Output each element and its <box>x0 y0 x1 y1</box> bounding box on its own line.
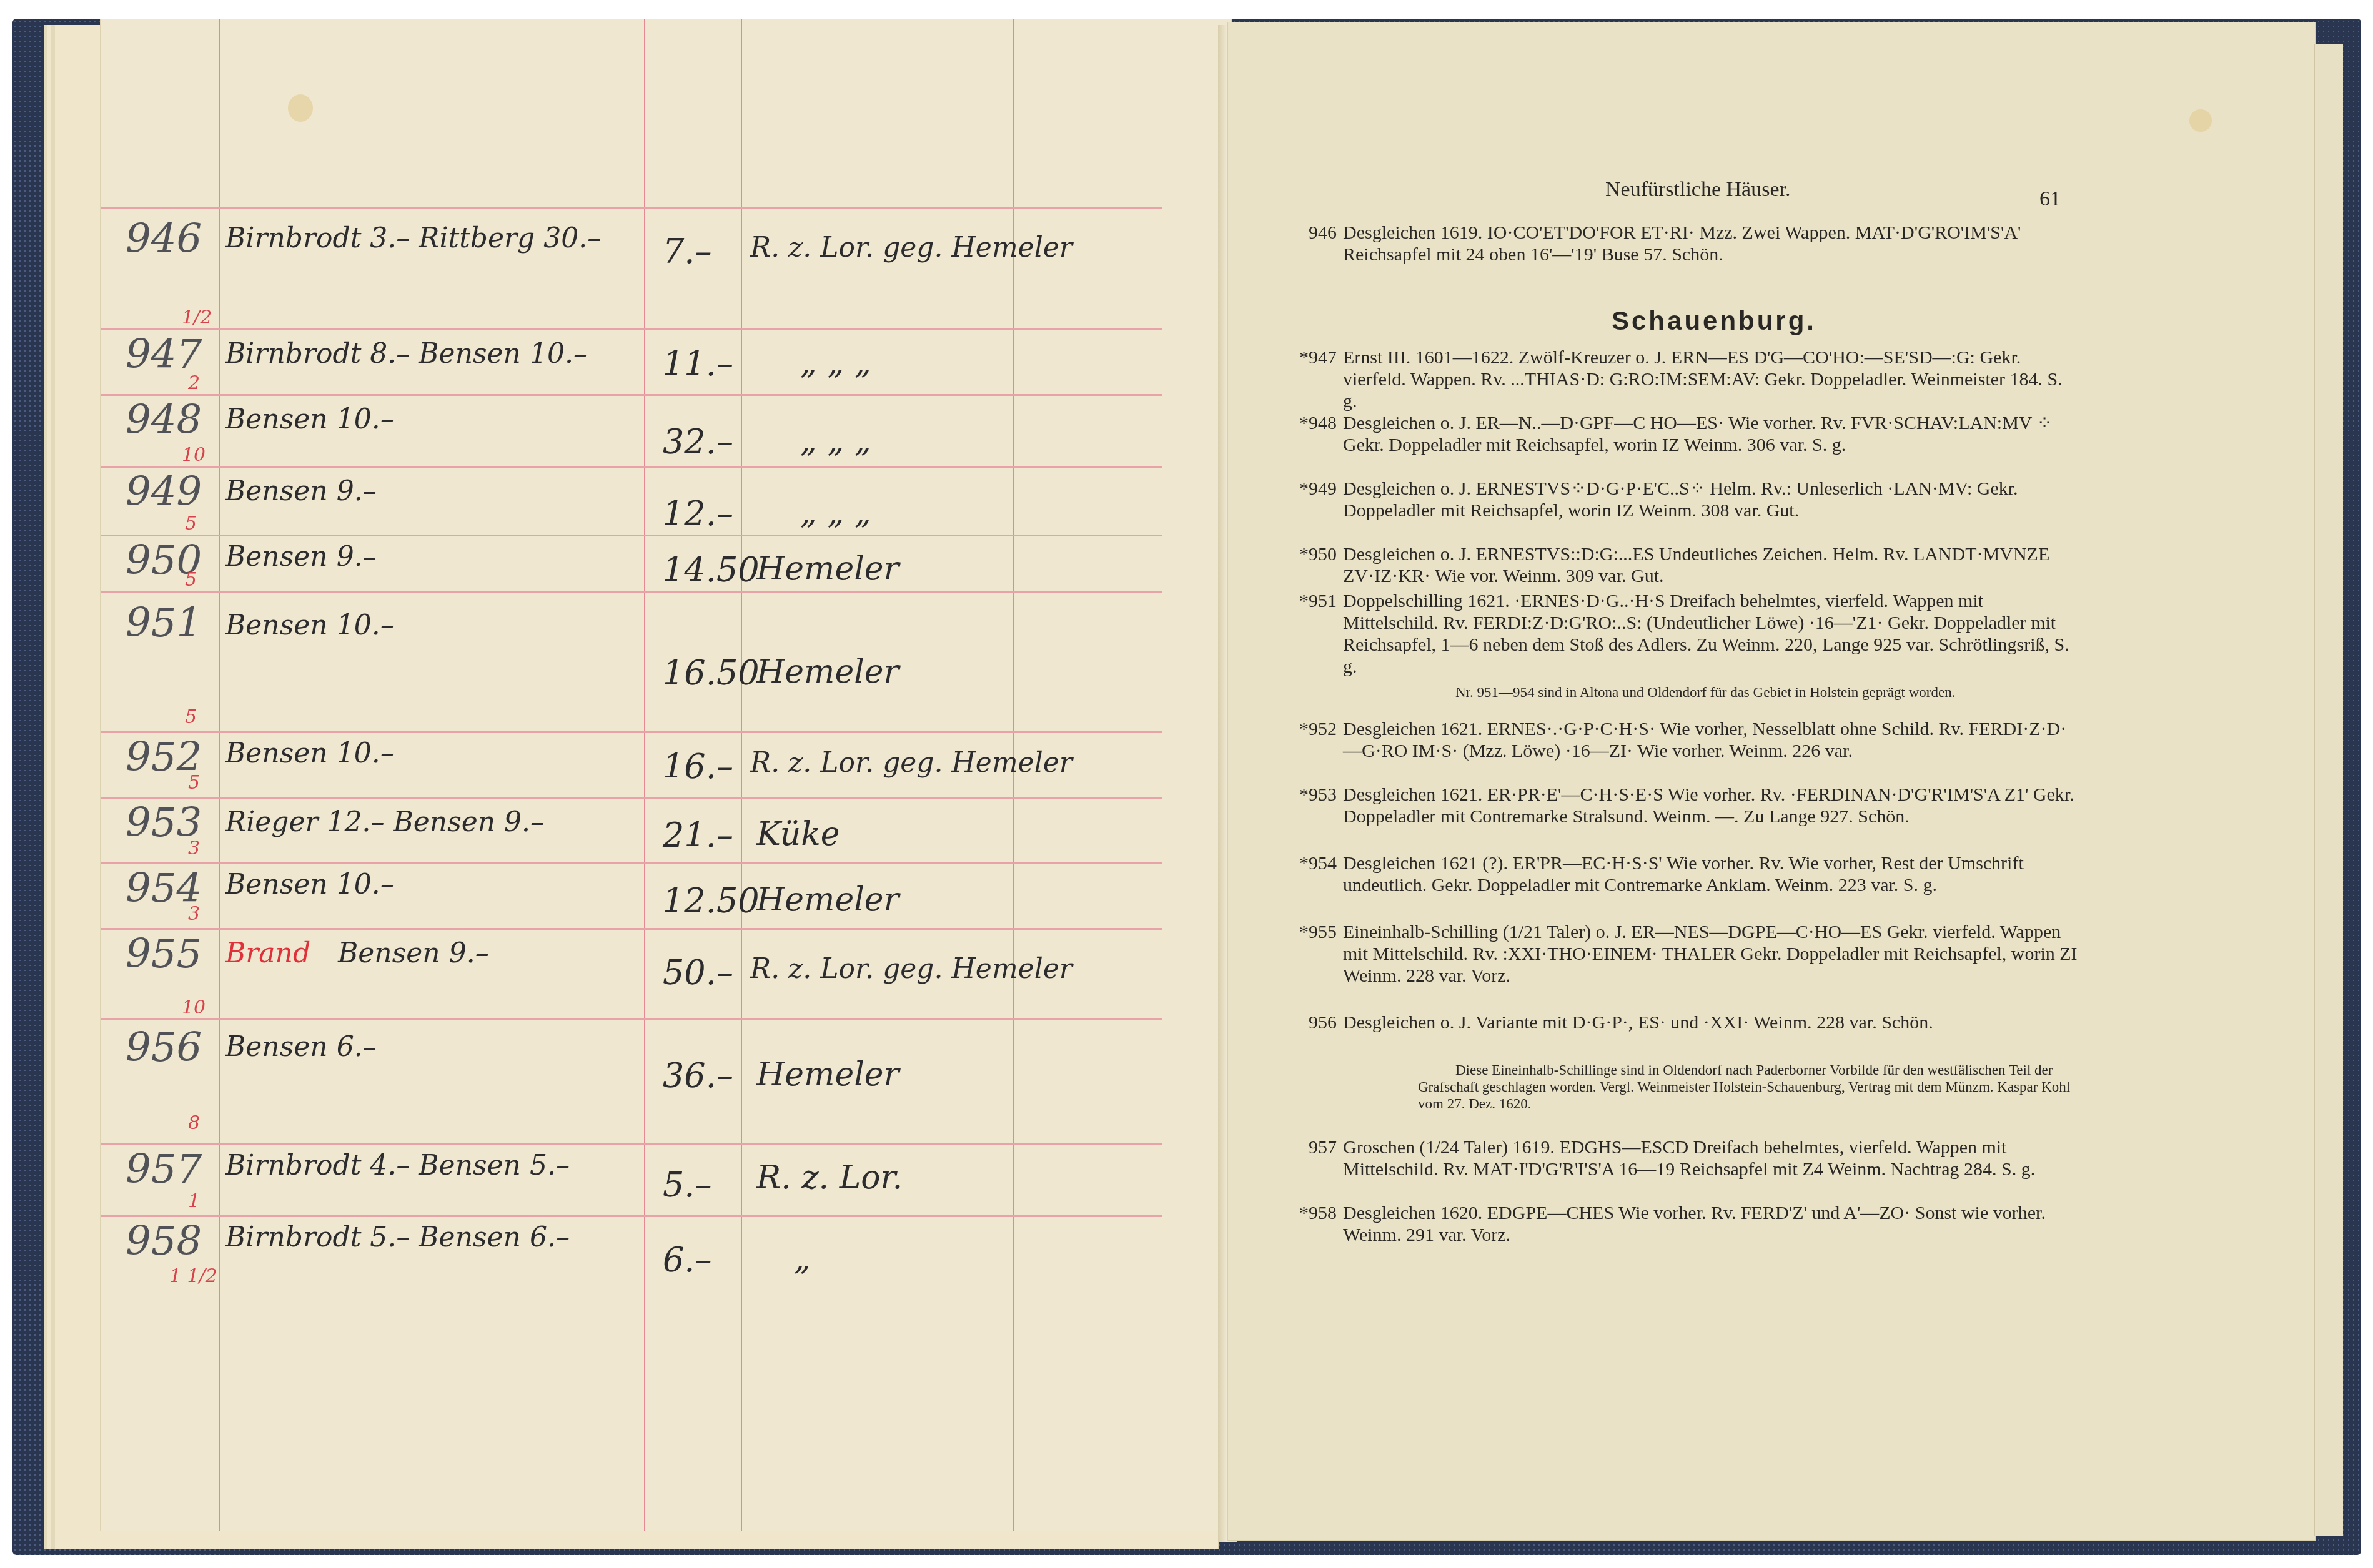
buyer-note: R. z. Lor. geg. Hemeler <box>750 953 1073 985</box>
entry-number: *950 <box>1293 543 1337 565</box>
bidder-names: Bensen 10.– <box>225 403 394 435</box>
price: 7.– <box>663 232 712 271</box>
price: 14.50 <box>663 550 760 589</box>
entry-number: *958 <box>1293 1202 1337 1224</box>
bidder-names: Birnbrodt 3.– Rittberg 30.– <box>225 222 601 254</box>
price: 11.– <box>663 344 733 383</box>
entry-text: Desgleichen o. J. ER—N..—D·GPF—C HO—ES· … <box>1343 412 2080 456</box>
entry-number: *951 <box>1293 590 1337 612</box>
lot-number: 955 <box>126 931 202 977</box>
bidder-names: Bensen 10.– <box>225 737 394 769</box>
red-mark: 1 1/2 <box>169 1265 217 1287</box>
running-head: Neufürstliche Häuser. <box>1605 178 1790 202</box>
footnote: Nr. 951—954 sind in Altona und Oldendorf… <box>1418 684 2080 701</box>
red-mark: 10 <box>182 444 206 466</box>
entry-text: Desgleichen 1620. EDGPE—CHES Wie vorher.… <box>1343 1202 2080 1246</box>
catalogue-entry: *958 Desgleichen 1620. EDGPE—CHES Wie vo… <box>1343 1202 2080 1246</box>
red-mark: 5 <box>185 706 197 728</box>
catalogue-entry: *954 Desgleichen 1621 (?). ER'PR—EC·H·S·… <box>1343 852 2080 896</box>
catalogue-entry: *947 Ernst III. 1601—1622. Zwölf-Kreuzer… <box>1343 347 2080 412</box>
entry-number: *954 <box>1293 852 1337 874</box>
bidder-names: Bensen 9.– <box>225 541 377 573</box>
bidder-names: Bensen 9.– <box>225 475 377 507</box>
catalogue-entry: *953 Desgleichen 1621. ER·PR·E'—C·H·S·E·… <box>1343 784 2080 827</box>
ruling-row <box>101 1018 1162 1020</box>
price: 12.50 <box>663 881 760 920</box>
ruling-row <box>101 1143 1162 1145</box>
price: 16.– <box>663 747 733 786</box>
entry-text: Desgleichen 1621. ERNES·.·G·P·C·H·S· Wie… <box>1343 718 2080 762</box>
entry-text: Desgleichen o. J. ERNESTVS⁘D·G·P·E'C..S⁘… <box>1343 478 2080 521</box>
ruling-row <box>101 797 1162 799</box>
entry-text: Desgleichen o. J. ERNESTVS::D:G:...ES Un… <box>1343 543 2080 587</box>
ruling-row <box>101 466 1162 468</box>
catalogue-entry: *955 Eineinhalb-Schilling (1/21 Taler) o… <box>1343 921 2080 987</box>
price: 6.– <box>663 1240 712 1280</box>
entry-text: Desgleichen 1621. ER·PR·E'—C·H·S·E·S Wie… <box>1343 784 2080 827</box>
buyer-note: R. z. Lor. geg. Hemeler <box>750 232 1073 264</box>
bidder-names: Birnbrodt 5.– Bensen 6.– <box>225 1221 570 1253</box>
ruling-row <box>101 1215 1162 1217</box>
ruling-vertical-1 <box>219 19 220 1531</box>
lot-number: 948 <box>126 397 202 443</box>
entry-text: Desgleichen o. J. Variante mit D·G·P·, E… <box>1343 1012 2080 1033</box>
ruling-vertical-3 <box>741 19 742 1531</box>
entry-text: Eineinhalb-Schilling (1/21 Taler) o. J. … <box>1343 921 2080 987</box>
red-mark: 1 <box>188 1190 200 1212</box>
price: 36.– <box>663 1056 733 1095</box>
lot-number: 958 <box>126 1218 202 1265</box>
entry-number: *955 <box>1293 921 1337 943</box>
entry-text: Groschen (1/24 Taler) 1619. EDGHS—ESCD D… <box>1343 1137 2080 1180</box>
red-mark: 2 <box>188 372 200 394</box>
lot-number: 957 <box>126 1146 202 1193</box>
price: 5.– <box>663 1165 712 1205</box>
bidder-names: Bensen 10.– <box>225 609 394 641</box>
buyer-note: Hemeler <box>756 881 899 919</box>
section-title: Schauenburg. <box>1612 306 1816 336</box>
red-mark: 5 <box>185 569 197 591</box>
red-mark: 3 <box>188 903 200 925</box>
lot-number: 951 <box>126 600 202 646</box>
red-mark: 8 <box>188 1112 200 1134</box>
lot-number: 946 <box>126 216 202 262</box>
paper-stain <box>288 94 313 122</box>
page-number: 61 <box>2039 187 2061 211</box>
ruling-row <box>101 207 1162 209</box>
price: 12.– <box>663 494 733 533</box>
price: 32.– <box>663 422 733 461</box>
right-page-edge <box>2314 44 2343 1536</box>
footnote: Diese Eineinhalb-Schillinge sind in Olde… <box>1418 1062 2080 1112</box>
paper-stain <box>2189 109 2212 132</box>
entry-number: *952 <box>1293 718 1337 740</box>
bidder-names: Birnbrodt 4.– Bensen 5.– <box>225 1150 570 1181</box>
bidder-names: Bensen 9.– <box>338 937 489 969</box>
ruling-row <box>101 928 1162 930</box>
catalogue-entry: 957 Groschen (1/24 Taler) 1619. EDGHS—ES… <box>1343 1137 2080 1180</box>
bidder-names: Bensen 6.– <box>225 1031 377 1063</box>
ruling-row <box>101 328 1162 330</box>
ledger-page: 946 Birnbrodt 3.– Rittberg 30.– 7.– R. z… <box>100 19 1232 1531</box>
ruling-row <box>101 535 1162 536</box>
entry-text: Ernst III. 1601—1622. Zwölf-Kreuzer o. J… <box>1343 347 2080 412</box>
catalogue-entry: 956 Desgleichen o. J. Variante mit D·G·P… <box>1343 1012 2080 1033</box>
ruling-row <box>101 394 1162 396</box>
red-mark: 1/2 <box>182 307 212 328</box>
bidder-names: Birnbrodt 8.– Bensen 10.– <box>225 338 587 370</box>
red-mark: 5 <box>188 772 200 794</box>
buyer-note: R. z. Lor. <box>756 1159 903 1196</box>
red-mark: 5 <box>185 513 197 535</box>
red-mark: 10 <box>182 997 206 1018</box>
lot-number: 956 <box>126 1025 202 1071</box>
entry-number: *948 <box>1293 412 1337 434</box>
ruling-row <box>101 731 1162 733</box>
entry-text: Desgleichen 1619. IO·CO'ET'DO'FOR ET·RI·… <box>1343 222 2080 265</box>
ruling-vertical-2 <box>644 19 645 1531</box>
buyer-note: R. z. Lor. geg. Hemeler <box>750 747 1073 779</box>
price: 16.50 <box>663 653 760 693</box>
catalogue-entry: *951 Doppelschilling 1621. ·ERNES·D·G..·… <box>1343 590 2080 678</box>
entry-number: *949 <box>1293 478 1337 500</box>
ruling-row <box>101 591 1162 593</box>
lot-number: 949 <box>126 469 202 515</box>
lot-number: 947 <box>126 332 202 378</box>
red-mark: 3 <box>188 837 200 859</box>
bidder-names: Rieger 12.– Bensen 9.– <box>225 806 544 838</box>
price: 50.– <box>663 953 733 992</box>
buyer-note: Hemeler <box>756 653 899 691</box>
bidder-names: Bensen 10.– <box>225 869 394 900</box>
buyer-note: Hemeler <box>756 550 899 588</box>
entry-number: 946 <box>1293 222 1337 244</box>
buyer-note: „ „ „ <box>800 344 871 382</box>
entry-number: *953 <box>1293 784 1337 806</box>
catalogue-entry: *950 Desgleichen o. J. ERNESTVS::D:G:...… <box>1343 543 2080 587</box>
buyer-note: „ <box>794 1240 811 1278</box>
bidder-name-red: Brand <box>225 937 310 969</box>
catalogue-entry: *949 Desgleichen o. J. ERNESTVS⁘D·G·P·E'… <box>1343 478 2080 521</box>
buyer-note: „ „ „ <box>800 494 871 531</box>
entry-number: 956 <box>1293 1012 1337 1033</box>
entry-text: Doppelschilling 1621. ·ERNES·D·G..·H·S D… <box>1343 590 2080 678</box>
buyer-note: „ „ „ <box>800 422 871 460</box>
entry-text: Desgleichen 1621 (?). ER'PR—EC·H·S·S' Wi… <box>1343 852 2080 896</box>
catalogue-entry: 946 Desgleichen 1619. IO·CO'ET'DO'FOR ET… <box>1343 222 2080 265</box>
buyer-note: Küke <box>756 816 840 853</box>
catalogue-entry: *948 Desgleichen o. J. ER—N..—D·GPF—C HO… <box>1343 412 2080 456</box>
buyer-note: Hemeler <box>756 1056 899 1093</box>
catalogue-entry: *952 Desgleichen 1621. ERNES·.·G·P·C·H·S… <box>1343 718 2080 762</box>
entry-number: *947 <box>1293 347 1337 368</box>
price: 21.– <box>663 816 733 855</box>
entry-number: 957 <box>1293 1137 1337 1158</box>
ruling-row <box>101 862 1162 864</box>
